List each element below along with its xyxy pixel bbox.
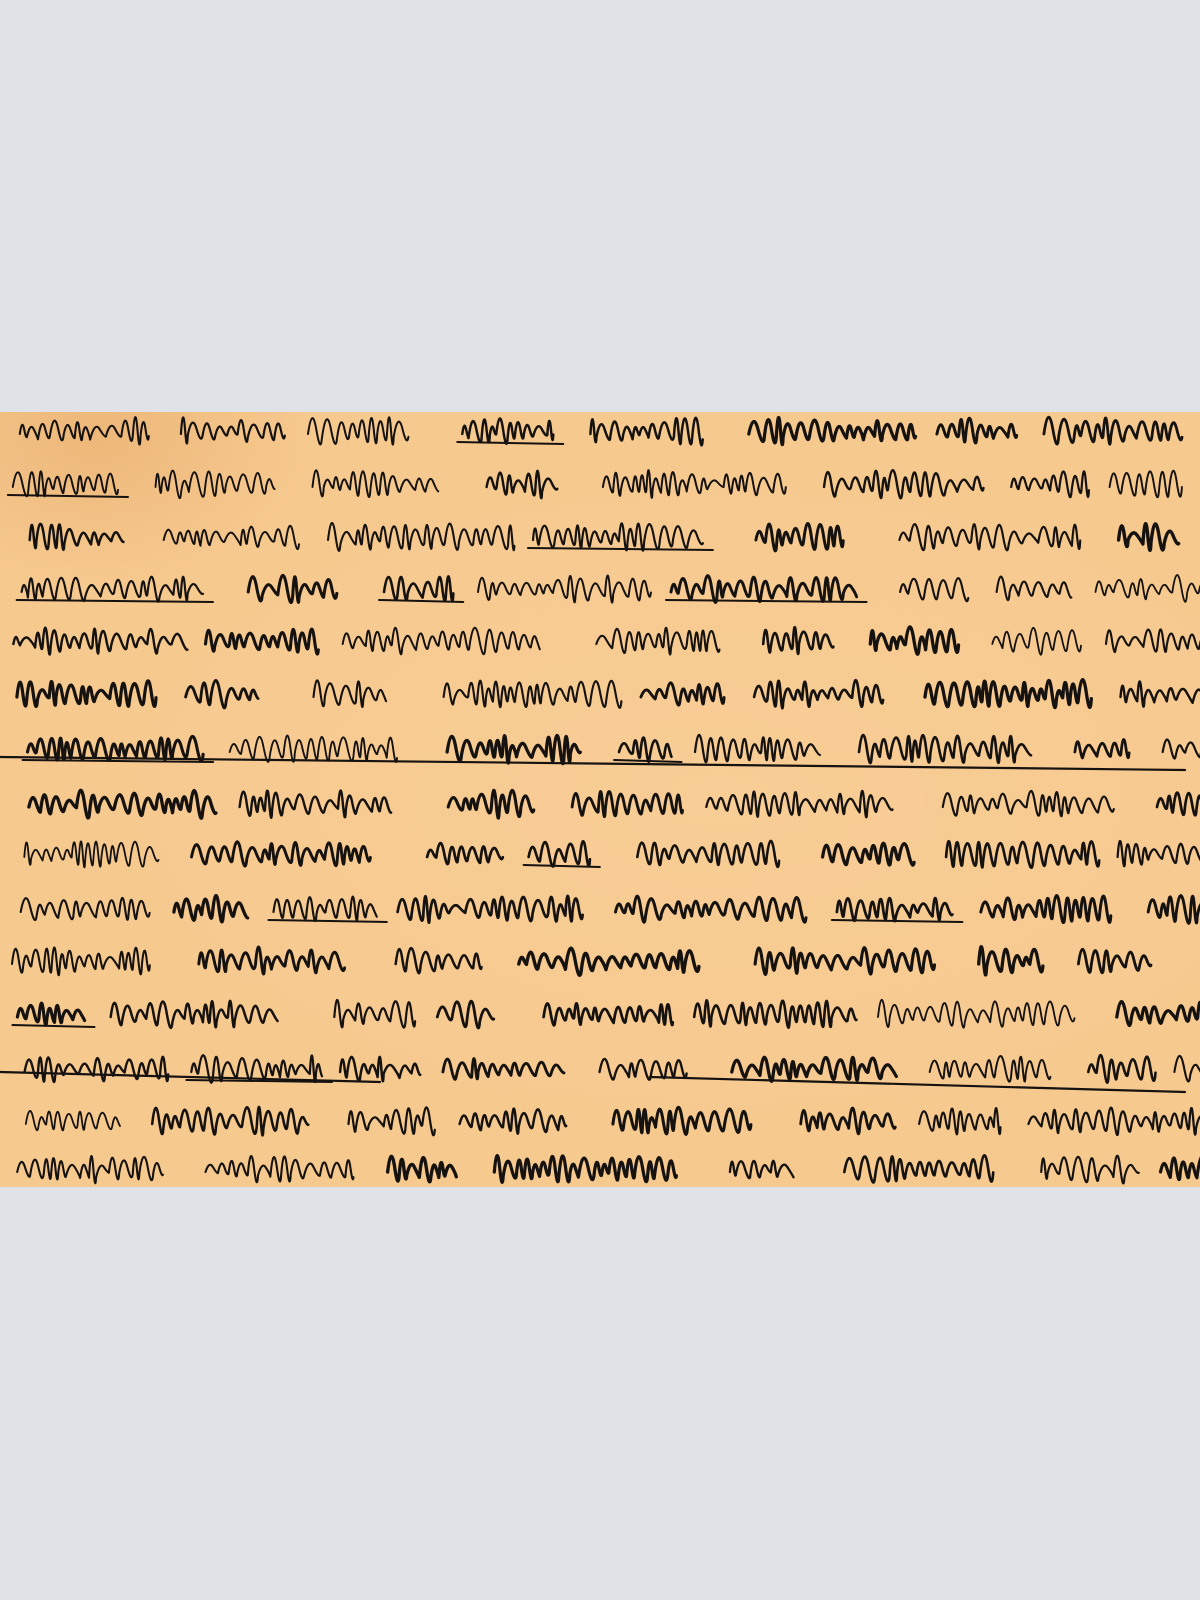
- shorthand-word: [308, 417, 408, 444]
- shorthand-word: [529, 841, 590, 866]
- shorthand-word: [979, 947, 1043, 975]
- shorthand-word: [1119, 524, 1179, 551]
- underline-stroke: [457, 442, 563, 444]
- shorthand-word: [1157, 793, 1200, 816]
- shorthand-word: [732, 1057, 897, 1081]
- shorthand-word: [844, 1155, 993, 1182]
- shorthand-word: [544, 1003, 673, 1025]
- shorthand-word: [1096, 575, 1200, 603]
- shorthand-word: [1161, 1157, 1200, 1183]
- shorthand-word: [1011, 471, 1089, 497]
- shorthand-word: [754, 680, 883, 708]
- rule-stroke: [0, 757, 1185, 770]
- shorthand-word: [919, 1108, 1000, 1134]
- shorthand-word: [448, 790, 534, 818]
- shorthand-word: [314, 680, 387, 707]
- shorthand-word: [462, 418, 553, 443]
- shorthand-word: [596, 628, 719, 655]
- shorthand-word: [343, 628, 540, 655]
- shorthand-word: [248, 575, 337, 602]
- underline-stroke: [23, 760, 214, 762]
- shorthand-word: [26, 1111, 120, 1131]
- shorthand-word: [1041, 1156, 1139, 1184]
- shorthand-word: [572, 792, 682, 817]
- shorthand-word: [900, 578, 968, 601]
- shorthand-word: [13, 628, 187, 655]
- shorthand-word: [992, 628, 1081, 655]
- shorthand-word: [460, 1109, 567, 1134]
- shorthand-word: [192, 842, 371, 866]
- shorthand-word: [590, 418, 702, 446]
- shorthand-word: [274, 897, 377, 921]
- shorthand-word: [637, 841, 779, 867]
- underline-stroke: [12, 1025, 94, 1027]
- shorthand-word: [443, 1059, 564, 1080]
- shorthand-word: [519, 948, 699, 975]
- shorthand-word: [206, 1156, 354, 1182]
- shorthand-word: [396, 948, 482, 973]
- shorthand-word: [1174, 1056, 1200, 1082]
- shorthand-word: [755, 948, 934, 975]
- shorthand-word: [111, 1001, 278, 1028]
- shorthand-word: [1163, 736, 1200, 761]
- shorthand-word: [230, 736, 397, 763]
- shorthand-word: [706, 791, 892, 817]
- shorthand-word: [878, 1000, 1075, 1028]
- shorthand-word: [388, 1156, 457, 1181]
- shorthand-word: [164, 526, 299, 549]
- shorthand-word: [24, 841, 158, 867]
- shorthand-word: [763, 627, 833, 654]
- shorthand-word: [17, 1156, 163, 1183]
- shorthand-word: [340, 1057, 420, 1081]
- shorthand-word: [930, 1056, 1051, 1082]
- shorthand-word: [837, 898, 953, 921]
- shorthand-word: [444, 681, 622, 708]
- shorthand-word: [25, 1057, 169, 1082]
- handwriting-lines: [0, 412, 1200, 1187]
- shorthand-word: [859, 735, 1031, 763]
- postcard: [0, 412, 1200, 1187]
- underline-stroke: [268, 920, 386, 922]
- shorthand-word: [671, 576, 857, 603]
- shorthand-word: [20, 417, 149, 444]
- shorthand-word: [12, 948, 150, 976]
- shorthand-word: [870, 627, 958, 654]
- shorthand-word: [1044, 417, 1182, 444]
- shorthand-word: [619, 738, 672, 762]
- shorthand-word: [1106, 627, 1200, 653]
- shorthand-word: [925, 680, 1091, 708]
- shorthand-word: [313, 470, 439, 497]
- shorthand-word: [694, 1000, 856, 1027]
- shorthand-word: [29, 790, 216, 818]
- underline-stroke: [17, 600, 213, 602]
- underline-stroke: [832, 920, 963, 922]
- shorthand-word: [1118, 841, 1200, 866]
- shorthand-word: [981, 896, 1111, 923]
- shorthand-word: [1078, 949, 1151, 972]
- shorthand-word: [13, 471, 118, 496]
- shorthand-word: [174, 896, 248, 922]
- shorthand-word: [30, 524, 124, 550]
- shorthand-word: [478, 576, 651, 603]
- underline-stroke: [666, 600, 867, 602]
- shorthand-word: [899, 524, 1080, 550]
- shorthand-word: [749, 417, 916, 444]
- shorthand-word: [21, 898, 150, 920]
- shorthand-word: [199, 947, 345, 974]
- shorthand-word: [427, 843, 503, 864]
- shorthand-word: [437, 1001, 494, 1028]
- shorthand-word: [937, 418, 1017, 443]
- shorthand-word: [801, 1108, 896, 1134]
- shorthand-word: [1148, 896, 1200, 924]
- shorthand-word: [823, 843, 915, 865]
- shorthand-word: [328, 523, 514, 551]
- shorthand-word: [613, 1107, 751, 1134]
- shorthand-word: [181, 417, 285, 443]
- shorthand-word: [946, 841, 1099, 867]
- underline-stroke: [614, 760, 682, 762]
- shorthand-word: [997, 577, 1072, 600]
- shorthand-word: [533, 523, 703, 550]
- shorthand-word: [603, 470, 786, 498]
- shorthand-word: [494, 1156, 676, 1183]
- shorthand-word: [206, 629, 319, 654]
- shorthand-word: [447, 736, 580, 764]
- shorthand-word: [730, 1161, 794, 1178]
- shorthand-word: [17, 1003, 84, 1025]
- shorthand-word: [1121, 680, 1200, 706]
- underline-stroke: [379, 600, 463, 602]
- shorthand-word: [349, 1107, 435, 1135]
- shorthand-word: [1029, 1108, 1200, 1135]
- shorthand-word: [1117, 1002, 1200, 1026]
- shorthand-word: [240, 791, 392, 818]
- shorthand-word: [1088, 1055, 1155, 1082]
- shorthand-word: [641, 683, 724, 705]
- shorthand-word: [398, 896, 583, 923]
- shorthand-word: [616, 896, 807, 922]
- shorthand-word: [1075, 739, 1129, 758]
- shorthand-word: [17, 681, 156, 707]
- shorthand-word: [22, 577, 203, 602]
- shorthand-word: [156, 471, 275, 499]
- shorthand-word: [695, 735, 820, 762]
- shorthand-word: [334, 1000, 415, 1028]
- shorthand-word: [384, 576, 453, 601]
- shorthand-word: [756, 524, 843, 551]
- shorthand-word: [1110, 471, 1182, 498]
- shorthand-word: [824, 470, 984, 498]
- shorthand-word: [186, 680, 258, 707]
- shorthand-word: [943, 791, 1114, 816]
- shorthand-word: [487, 471, 558, 498]
- shorthand-word: [152, 1107, 308, 1135]
